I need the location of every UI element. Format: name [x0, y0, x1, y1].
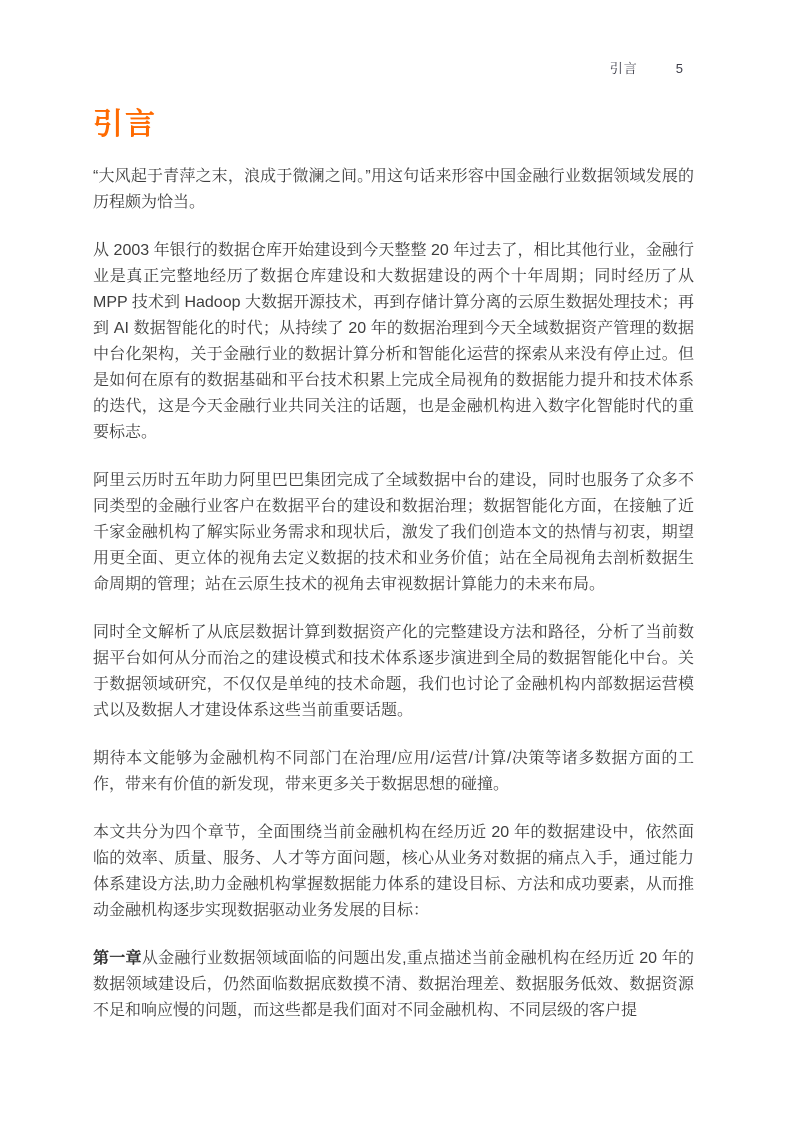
paragraph-expectation: 期待本文能够为金融机构不同部门在治理/应用/运营/计算/决策等诸多数据方面的工作… — [93, 746, 694, 798]
paragraph-opening-quote: “大风起于青萍之末，浪成于微澜之间。”用这句话来形容中国金融行业数据领域发展的历… — [93, 164, 694, 216]
chapter-one-text: 从金融行业数据领域面临的问题出发,重点描述当前金融机构在经历近 20 年的数据领… — [93, 950, 694, 1019]
paragraph-alicloud: 阿里云历时五年助力阿里巴巴集团完成了全域数据中台的建设，同时也服务了众多不同类型… — [93, 468, 694, 598]
header-page-number: 5 — [676, 61, 683, 76]
chapter-one-lead: 第一章 — [93, 950, 142, 967]
body-content: “大风起于青萍之末，浪成于微澜之间。”用这句话来形容中国金融行业数据领域发展的历… — [93, 164, 694, 1024]
header-section-label: 引言 — [610, 58, 638, 77]
paragraph-history: 从 2003 年银行的数据仓库开始建设到今天整整 20 年过去了，相比其他行业，… — [93, 238, 694, 446]
paragraph-four-chapters: 本文共分为四个章节，全面围绕当前金融机构在经历近 20 年的数据建设中，依然面临… — [93, 820, 694, 924]
paragraph-chapter-one: 第一章从金融行业数据领域面临的问题出发,重点描述当前金融机构在经历近 20 年的… — [93, 946, 694, 1024]
chapter-title: 引言 — [93, 99, 157, 143]
paragraph-full-text-analysis: 同时全文解析了从底层数据计算到数据资产化的完整建设方法和路径，分析了当前数据平台… — [93, 620, 694, 724]
running-header: 引言 5 — [610, 58, 683, 77]
document-page: 引言 5 引言 “大风起于青萍之末，浪成于微澜之间。”用这句话来形容中国金融行业… — [0, 0, 793, 1122]
